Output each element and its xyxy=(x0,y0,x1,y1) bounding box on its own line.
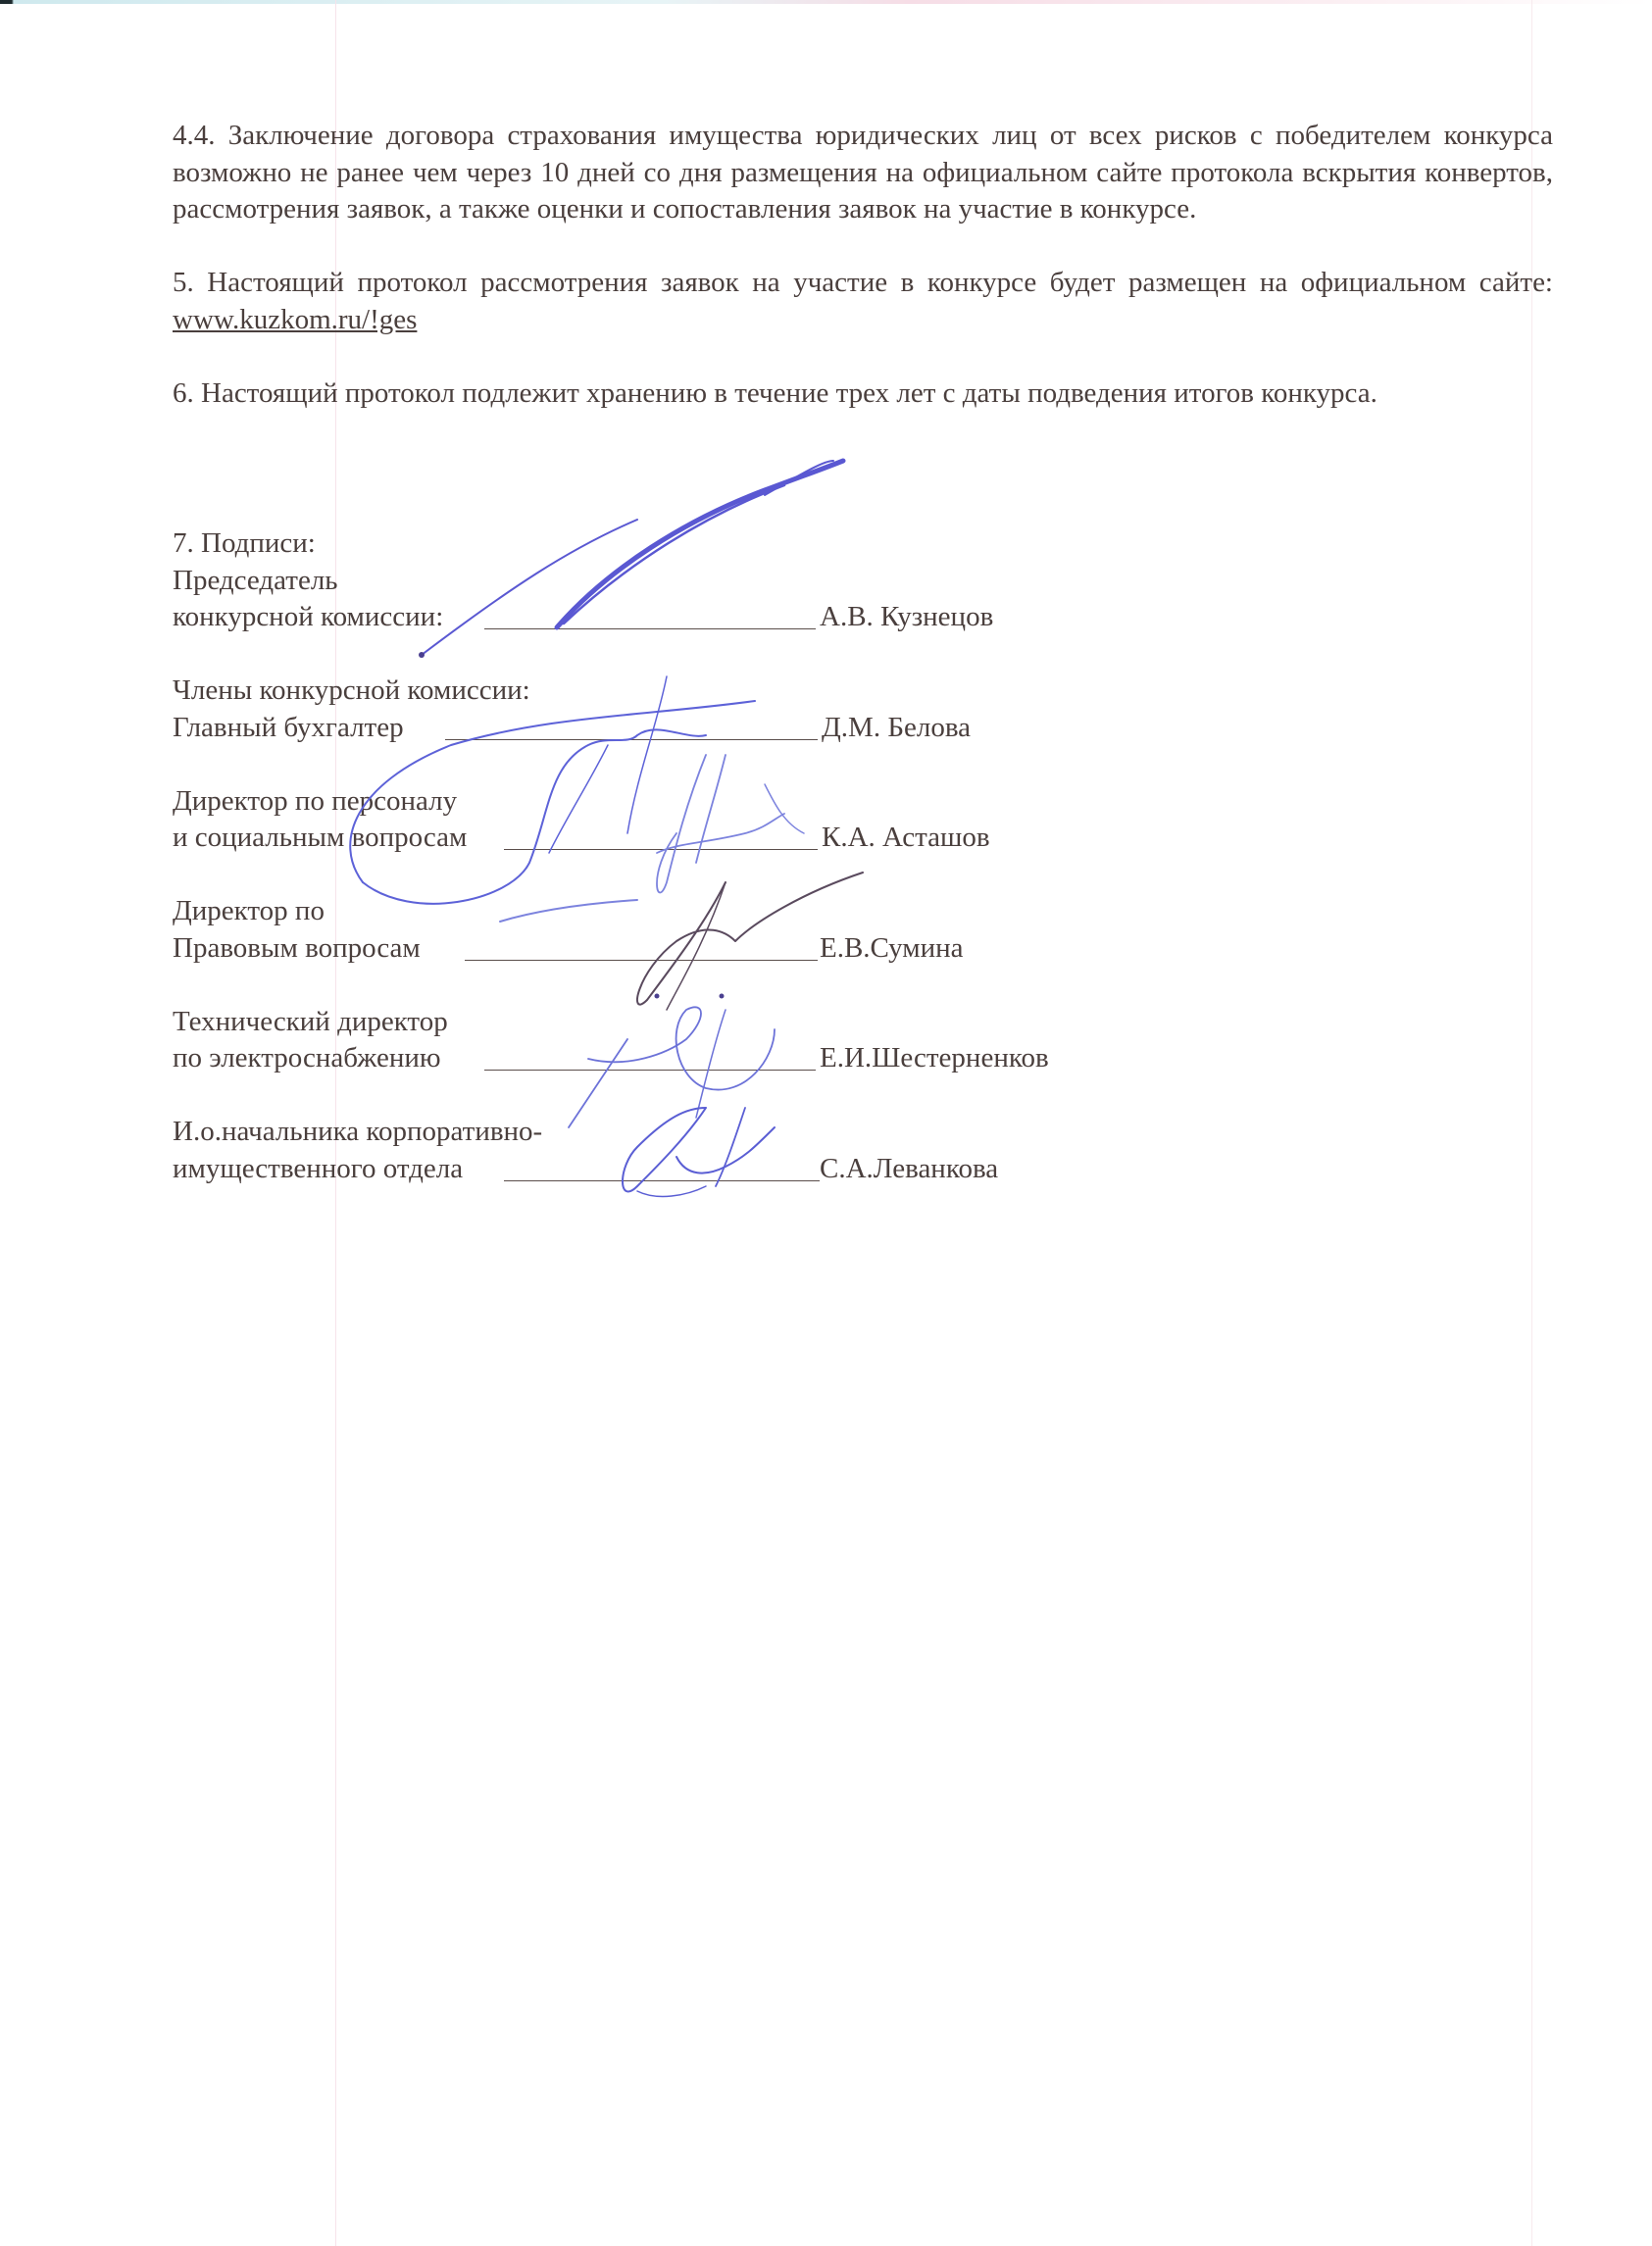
signature-row-member-2: и социальным вопросам К.А. Асташов xyxy=(173,820,1153,857)
signature-row-chairman: конкурсной комиссии: А.В. Кузнецов xyxy=(173,599,1153,636)
signature-line xyxy=(445,739,818,740)
signature-row-member-4: по электроснабжению Е.И.Шестерненков xyxy=(173,1040,1153,1077)
signature-row-member-3: Правовым вопросам Е.В.Сумина xyxy=(173,930,1153,968)
paragraph-5-text: 5. Настоящий протокол рассмотрения заяво… xyxy=(173,267,1553,298)
member-3-title-line2: Правовым вопросам xyxy=(173,932,421,964)
signature-line xyxy=(484,1070,816,1071)
paragraph-5: 5. Настоящий протокол рассмотрения заяво… xyxy=(173,265,1553,338)
scan-top-edge xyxy=(0,0,1652,4)
signature-line xyxy=(504,1180,820,1181)
signature-line xyxy=(484,628,816,629)
website-link[interactable]: www.kuzkom.ru/!ges xyxy=(173,304,417,335)
signatures-section: 7. Подписи: Председатель конкурсной коми… xyxy=(173,525,1153,1187)
member-5-title-line1: И.о.начальника корпоративно- xyxy=(173,1116,542,1147)
signature-row-member-5: имущественного отдела С.А.Леванкова xyxy=(173,1151,1153,1188)
chairman-title-line1: Председатель xyxy=(173,565,338,596)
member-5-name: С.А.Леванкова xyxy=(820,1151,998,1188)
signature-row-member-1: Главный бухгалтер Д.М. Белова xyxy=(173,710,1153,747)
member-3-title-line1: Директор по xyxy=(173,895,325,926)
member-4-title-line2: по электроснабжению xyxy=(173,1042,441,1073)
member-2-title-line1: Директор по персоналу xyxy=(173,785,457,817)
members-heading: Члены конкурсной комиссии: xyxy=(173,674,530,706)
signature-line xyxy=(504,849,818,850)
paragraph-6: 6. Настоящий протокол подлежит хранению … xyxy=(173,375,1553,413)
member-3-name: Е.В.Сумина xyxy=(820,930,964,968)
chairman-title-line2: конкурсной комиссии: xyxy=(173,601,443,632)
member-1-title: Главный бухгалтер xyxy=(173,712,404,743)
member-5-title-line2: имущественного отдела xyxy=(173,1153,463,1184)
document-body: 4.4. Заключение договора страхования иму… xyxy=(173,118,1553,412)
paragraph-4-4: 4.4. Заключение договора страхования иму… xyxy=(173,118,1553,228)
signature-line xyxy=(465,960,818,961)
member-2-name: К.А. Асташов xyxy=(822,820,990,857)
signatures-heading: 7. Подписи: xyxy=(173,527,316,559)
member-1-name: Д.М. Белова xyxy=(822,710,971,747)
member-4-title-line1: Технический директор xyxy=(173,1006,448,1037)
chairman-name: А.В. Кузнецов xyxy=(820,599,993,636)
member-2-title-line2: и социальным вопросам xyxy=(173,822,467,853)
member-4-name: Е.И.Шестерненков xyxy=(820,1040,1049,1077)
